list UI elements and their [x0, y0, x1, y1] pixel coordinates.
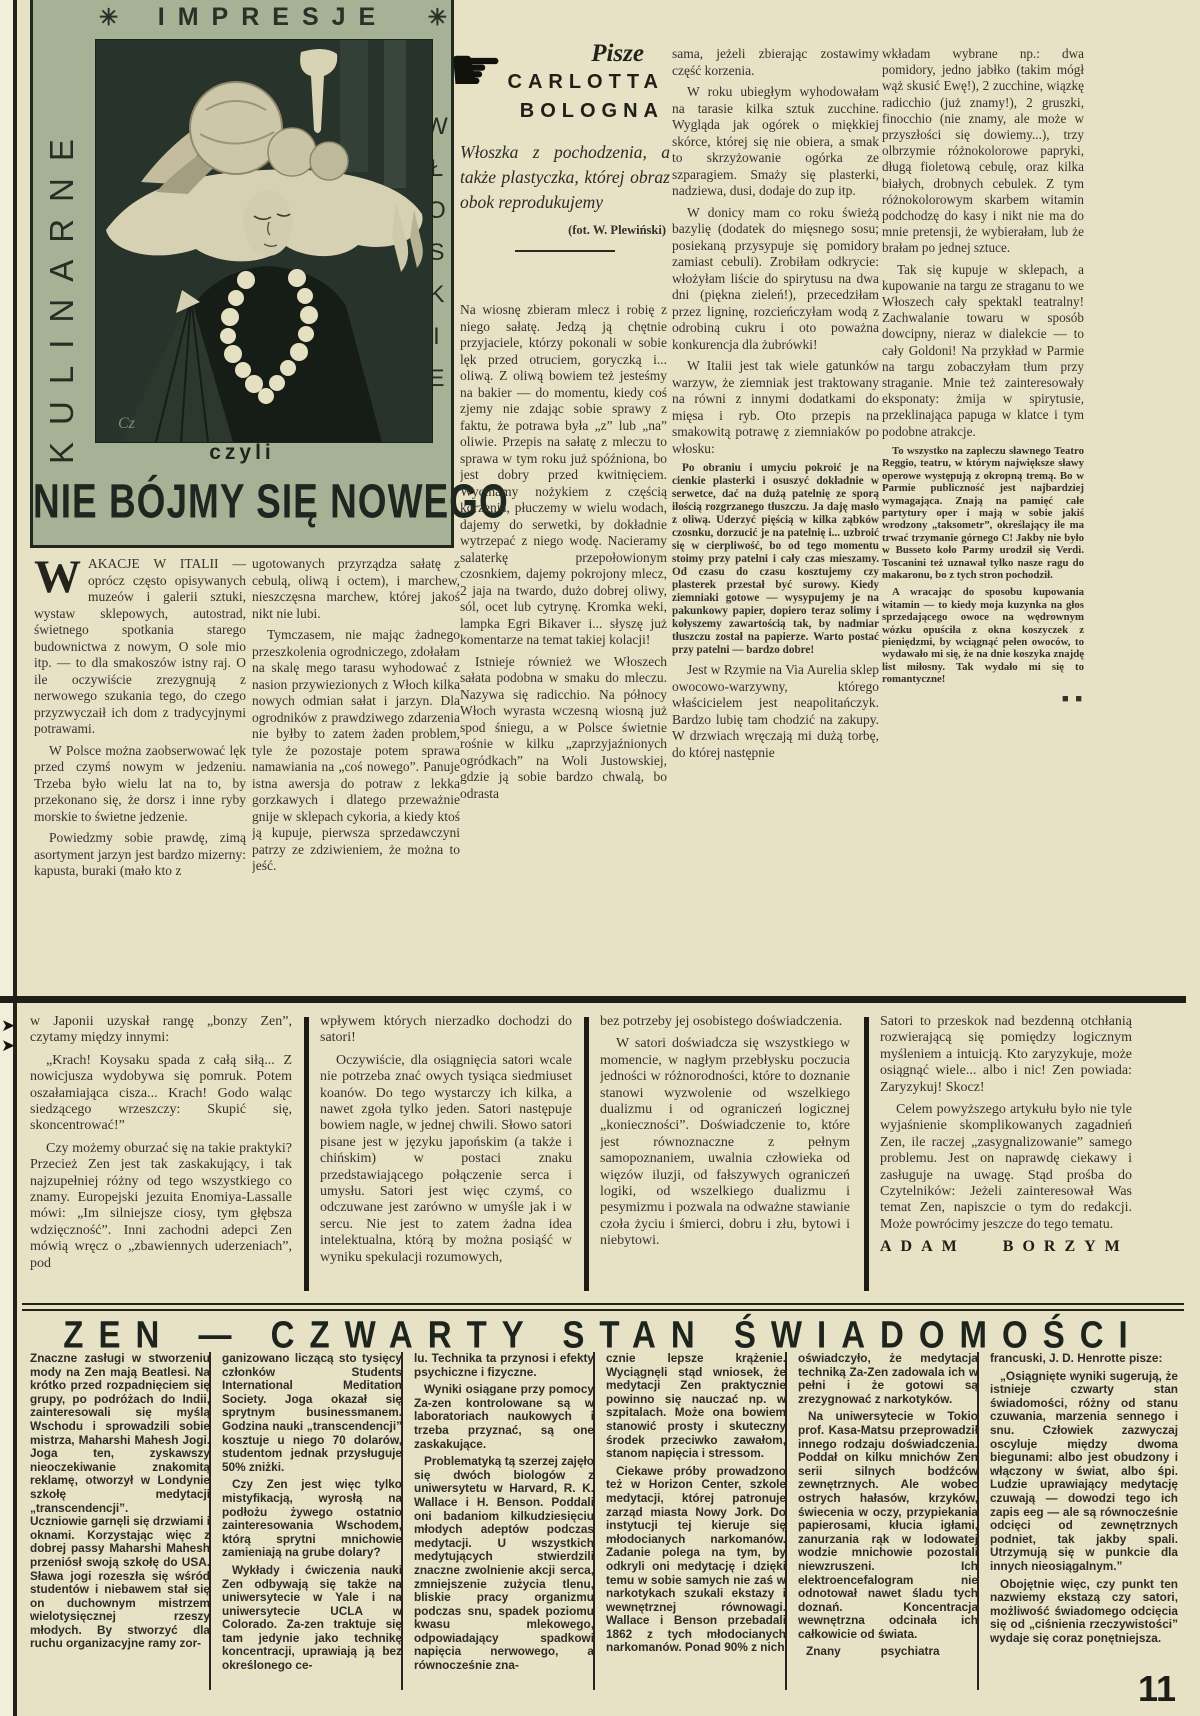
paragraph: Na wiosnę zbieram mlecz i robię z niego …: [460, 302, 667, 649]
paragraph: Satori to przeskok nad bezdenną otchłani…: [880, 1014, 1132, 1096]
dropcap: W: [34, 559, 81, 596]
paragraph: W Polsce można zaobserwować lęk przed cz…: [34, 743, 246, 826]
header-box: ✳ IMPRESJE ✳ KULINARNE WŁOSKIE: [30, 0, 454, 548]
svg-text:Cz: Cz: [118, 415, 136, 432]
painting-illustration: Cz: [95, 39, 433, 443]
article1-column-3: Na wiosnę zbieram mlecz i robię z niego …: [460, 302, 667, 996]
paragraph: To wszystko na zapleczu sławnego Teatro …: [882, 445, 1084, 581]
pointing-hand-icon: ☛: [448, 40, 504, 102]
article3-column-2: ganizowano liczącą sto tysięcy członków …: [222, 1352, 402, 1694]
section-divider-rule: [0, 996, 1186, 1003]
paragraph: Tak się kupuje w sklepach, a kupowanie n…: [882, 262, 1084, 440]
paragraph: Uczniowie garnęli się drzwiami i oknami.…: [30, 1515, 210, 1651]
paragraph: Znany psychiatra: [798, 1645, 978, 1659]
paragraph: lu. Technika ta przynosi i efekty psychi…: [414, 1352, 594, 1379]
article2-column-1: w Japonii uzyskał rangę „bonzy Zen”, czy…: [30, 1014, 292, 1296]
article1-column-5: wkładam wybrane np.: dwa pomidory, jedno…: [882, 46, 1084, 982]
column-divider: [401, 1352, 403, 1690]
paragraph: cznie lepsze krążenie. Wyciągnęli stąd w…: [606, 1352, 786, 1461]
headline-rule: [22, 1303, 1184, 1305]
article3-headline: ZEN — CZWARTY STAN ŚWIADOMOŚCI: [22, 1313, 1184, 1357]
column-divider: [593, 1352, 595, 1690]
article2-column-3: bez potrzeby jej osobistego doświadczeni…: [600, 1014, 850, 1298]
magazine-page: ✳ IMPRESJE ✳ KULINARNE WŁOSKIE: [0, 0, 1200, 1716]
paragraph: ugotowanych przyrządza sałatę z cebulą, …: [252, 556, 460, 622]
asterisk-icon: ✳: [99, 4, 118, 31]
series-title: IMPRESJE: [158, 3, 388, 32]
headline-rule: [22, 1309, 1184, 1311]
paragraph: Jest w Rzymie na Via Aurelia sklep owoco…: [672, 662, 879, 761]
column-divider-bar: [864, 1017, 869, 1291]
article3-column-3: lu. Technika ta przynosi i efekty psychi…: [414, 1352, 594, 1694]
paragraph: Problematyką tą szerzej zajęło się dwóch…: [414, 1455, 594, 1673]
paragraph: Wykłady i ćwiczenia nauki Zen odbywają s…: [222, 1564, 402, 1673]
paragraph: oświadczyło, że medytacja techniką Za-Ze…: [798, 1352, 978, 1406]
paragraph: „Osiągnięte wyniki sugerują, że istnieje…: [990, 1370, 1178, 1574]
paragraph: „Krach! Koysaku spada z całą siłą... Z n…: [30, 1053, 292, 1135]
author-signature: ADAM BORZYM: [880, 1239, 1132, 1255]
paragraph: Znaczne zasługi w stworzeniu mody na Zen…: [30, 1352, 210, 1515]
asterisk-icon: ✳: [428, 4, 447, 31]
margin-arrow-icon: ➤: [1, 1036, 15, 1056]
paragraph: W donicy mam co roku świeżą bazylię (dod…: [672, 205, 879, 354]
paragraph: sama, jeżeli zbierając zostawimy część k…: [672, 46, 879, 79]
paragraph: Tymczasem, nie mając żadnego przeszkolen…: [252, 627, 460, 875]
page-edge-margin: [0, 0, 13, 1716]
column-divider-bar: [584, 1017, 589, 1291]
article1-column-4: sama, jeżeli zbierając zostawimy część k…: [672, 46, 879, 996]
byline-rule: [515, 250, 615, 252]
column-divider-bar: [304, 1017, 309, 1291]
article3-column-4: cznie lepsze krążenie. Wyciągnęli stąd w…: [606, 1352, 786, 1694]
column-divider: [977, 1352, 979, 1690]
paragraph: francuski, J. D. Henrotte pisze:: [990, 1352, 1178, 1366]
paragraph: Czy Zen jest więc tylko mistyfikacją, wy…: [222, 1478, 402, 1560]
paragraph: W Italii jest tak wiele gatunków warzyw,…: [672, 358, 879, 457]
paragraph: bez potrzeby jej osobistego doświadczeni…: [600, 1014, 850, 1030]
paragraph: W satori doświadcza się wszystkiego w mo…: [600, 1036, 850, 1249]
article-title: NIE BÓJMY SIĘ NOWEGO: [33, 474, 451, 529]
paragraph: wpływem których nierzadko dochodzi do sa…: [320, 1014, 572, 1047]
paragraph: Ciekawe próby prowadzono też w Horizon C…: [606, 1465, 786, 1655]
paragraph: Wyniki osiągane przy pomocy Za-zen kontr…: [414, 1383, 594, 1451]
paragraph: Czy możemy oburzać się na takie praktyki…: [30, 1141, 292, 1272]
article1-column-1: WAKACJE W ITALII — oprócz często opisywa…: [34, 556, 246, 996]
column-divider: [209, 1352, 211, 1690]
paragraph: Powiedzmy sobie prawdę, zimą asortyment …: [34, 830, 246, 880]
paragraph: A wracając do sposobu kupowania witamin …: [882, 586, 1084, 685]
byline-block: ☛ Pisze CARLOTTA BOLOGNA Włoszka z pocho…: [460, 40, 670, 296]
series-banner: ✳ IMPRESJE ✳: [99, 3, 447, 32]
article2-column-2: wpływem których nierzadko dochodzi do sa…: [320, 1014, 572, 1298]
margin-arrow-icon: ➤: [1, 1016, 15, 1036]
paragraph: W roku ubiegłym wyhodowałam na tarasie k…: [672, 84, 879, 200]
article3-column-6: francuski, J. D. Henrotte pisze: „Osiągn…: [990, 1352, 1178, 1694]
author-intro: Włoszka z pochodzenia, a także plastyczk…: [460, 140, 670, 215]
page-number: 11: [1138, 1668, 1176, 1710]
article1-column-2: ugotowanych przyrządza sałatę z cebulą, …: [252, 556, 460, 996]
column-divider: [785, 1352, 787, 1690]
kicker: czyli: [33, 441, 451, 465]
paragraph: WAKACJE W ITALII — oprócz często opisywa…: [34, 556, 246, 738]
paragraph: Celem powyższego artykułu było nie tyle …: [880, 1102, 1132, 1233]
page-edge-line: [13, 0, 17, 1716]
photo-credit: (fot. W. Plewiński): [460, 223, 670, 238]
paragraph: ganizowano liczącą sto tysięcy członków …: [222, 1352, 402, 1474]
paragraph: Obojętnie więc, czy punkt ten nazwiemy e…: [990, 1578, 1178, 1646]
paragraph: w Japonii uzyskał rangę „bonzy Zen”, czy…: [30, 1014, 292, 1047]
paragraph: Istnieje również we Włoszech sałata podo…: [460, 654, 667, 803]
article3-column-1: Znaczne zasługi w stworzeniu mody na Zen…: [30, 1352, 210, 1694]
end-mark: ■ ■: [882, 691, 1084, 707]
article2-column-4: Satori to przeskok nad bezdenną otchłani…: [880, 1014, 1132, 1298]
recipe-paragraph: Po obraniu i umyciu pokroić je na cienki…: [672, 462, 879, 657]
paragraph: Na uniwersytecie w Tokio prof. Kasa-Mats…: [798, 1410, 978, 1641]
article3-column-5: oświadczyło, że medytacja techniką Za-Ze…: [798, 1352, 978, 1694]
paragraph: Oczywiście, dla osiągnięcia satori wcale…: [320, 1053, 572, 1266]
paragraph: wkładam wybrane np.: dwa pomidory, jedno…: [882, 46, 1084, 257]
